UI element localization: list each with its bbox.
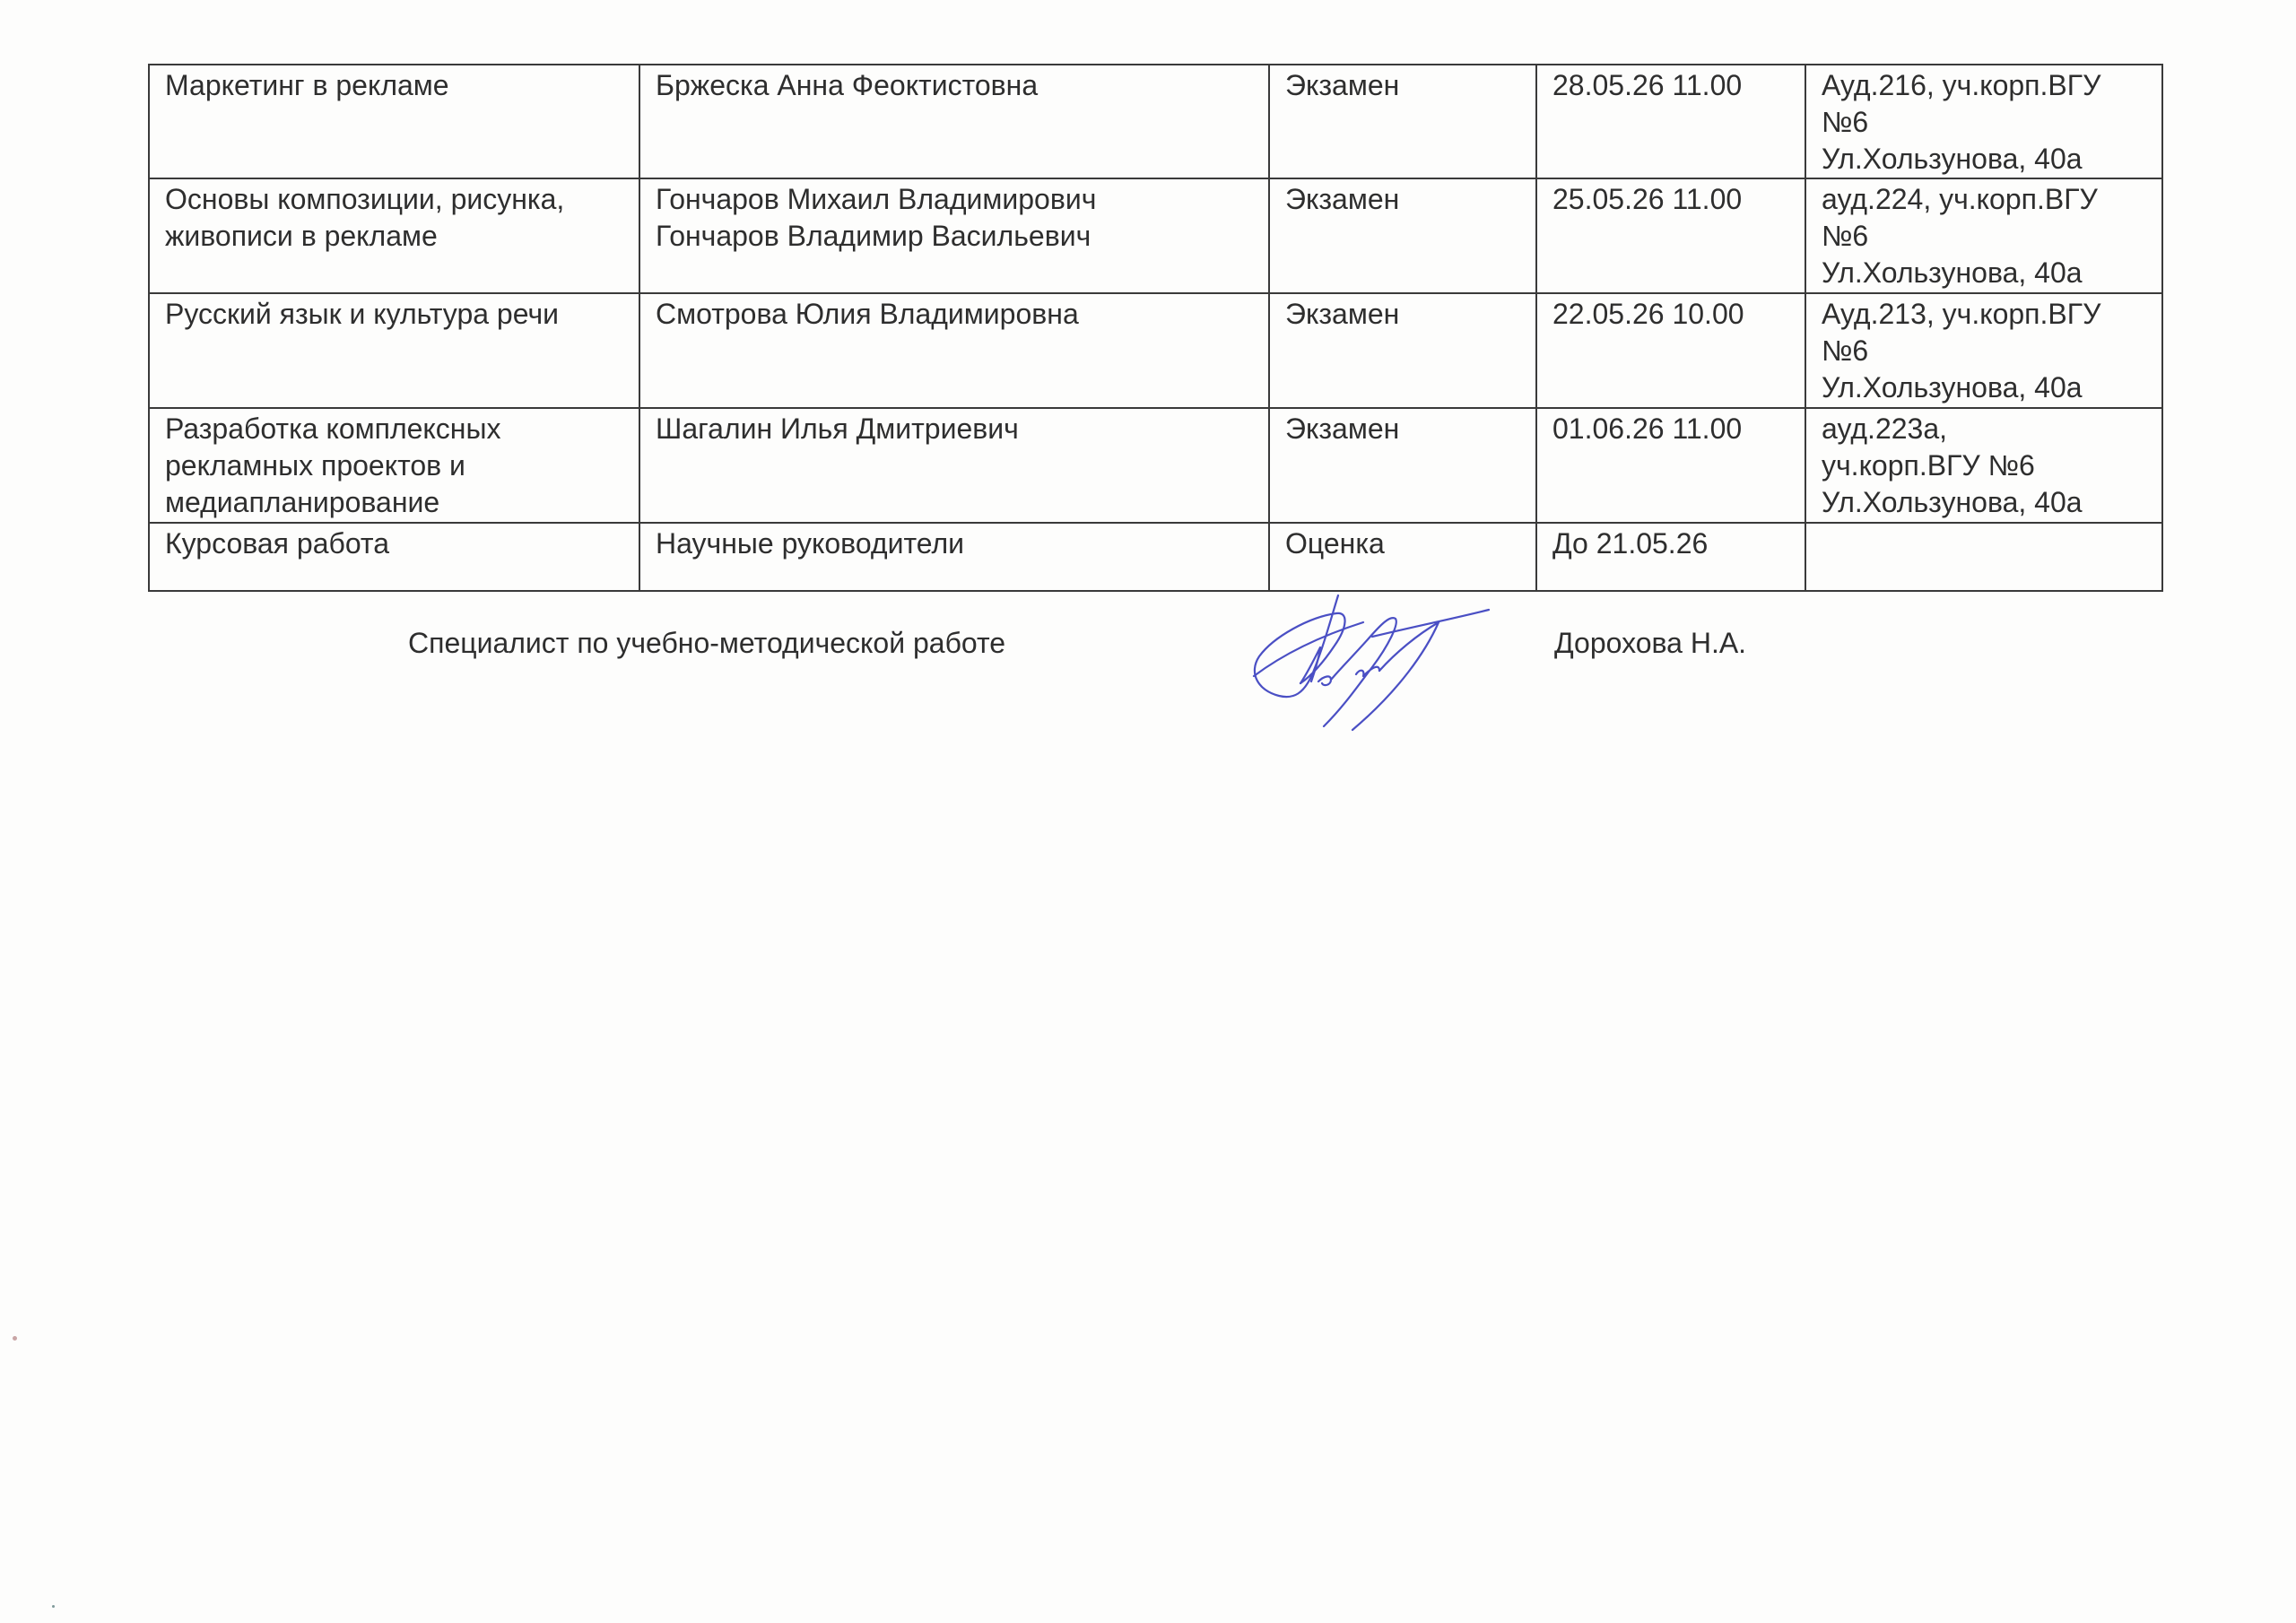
teacher-cell: Бржеска Анна Феоктистовна: [639, 65, 1269, 178]
place-cell: Ауд.213, уч.корп.ВГУ №6 Ул.Хользунова, 4…: [1805, 293, 2162, 408]
place-cell: ауд.223а, уч.корп.ВГУ №6 Ул.Хользунова, …: [1805, 408, 2162, 523]
signatory-name: Дорохова Н.А.: [1554, 625, 1746, 661]
document-page: Маркетинг в рекламе Бржеска Анна Феоктис…: [0, 0, 2296, 1623]
datetime-cell: 22.05.26 10.00: [1536, 293, 1805, 408]
assessment-type-cell: Экзамен: [1269, 408, 1536, 523]
subject-cell: Разработка комплексных рекламных проекто…: [149, 408, 639, 523]
table-row: Разработка комплексных рекламных проекто…: [149, 408, 2162, 523]
place-cell: Ауд.216, уч.корп.ВГУ №6 Ул.Хользунова, 4…: [1805, 65, 2162, 178]
exam-schedule-table: Маркетинг в рекламе Бржеска Анна Феоктис…: [148, 64, 2163, 592]
assessment-type-cell: Экзамен: [1269, 178, 1536, 293]
teacher-cell: Гончаров Михаил Владимирович Гончаров Вл…: [639, 178, 1269, 293]
table-row: Маркетинг в рекламе Бржеска Анна Феоктис…: [149, 65, 2162, 178]
table-row: Русский язык и культура речи Смотрова Юл…: [149, 293, 2162, 408]
teacher-cell: Шагалин Илья Дмитриевич: [639, 408, 1269, 523]
subject-cell: Русский язык и культура речи: [149, 293, 639, 408]
table-row: Основы композиции, рисунка, живописи в р…: [149, 178, 2162, 293]
datetime-cell: 28.05.26 11.00: [1536, 65, 1805, 178]
signature-icon: [1238, 583, 1507, 744]
subject-cell: Маркетинг в рекламе: [149, 65, 639, 178]
teacher-cell: Научные руководители: [639, 523, 1269, 591]
datetime-cell: 25.05.26 11.00: [1536, 178, 1805, 293]
teacher-cell: Смотрова Юлия Владимировна: [639, 293, 1269, 408]
subject-cell: Основы композиции, рисунка, живописи в р…: [149, 178, 639, 293]
datetime-cell: 01.06.26 11.00: [1536, 408, 1805, 523]
signatory-role: Специалист по учебно-методической работе: [408, 625, 1005, 661]
subject-cell: Курсовая работа: [149, 523, 639, 591]
assessment-type-cell: Оценка: [1269, 523, 1536, 591]
place-cell: ауд.224, уч.корп.ВГУ №6 Ул.Хользунова, 4…: [1805, 178, 2162, 293]
scan-speck: [52, 1605, 55, 1608]
assessment-type-cell: Экзамен: [1269, 65, 1536, 178]
table-row: Курсовая работа Научные руководители Оце…: [149, 523, 2162, 591]
datetime-cell: До 21.05.26: [1536, 523, 1805, 591]
assessment-type-cell: Экзамен: [1269, 293, 1536, 408]
scan-speck: [13, 1336, 17, 1341]
place-cell: [1805, 523, 2162, 591]
